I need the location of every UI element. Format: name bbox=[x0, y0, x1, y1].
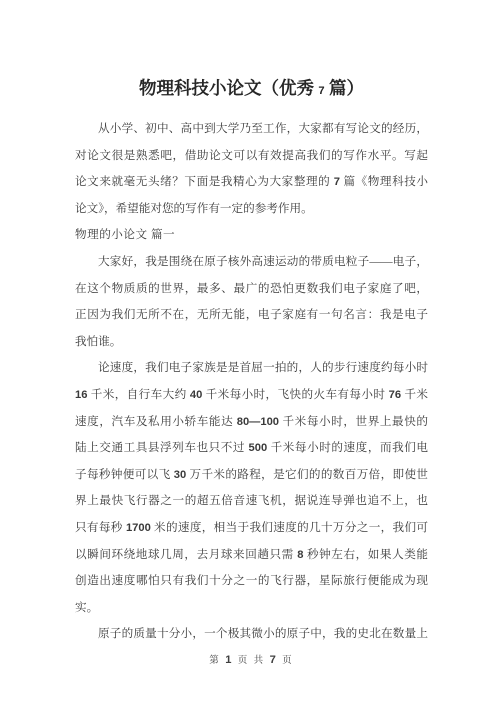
text-line: 陆上交通工具县浮列车也只不过 500 千米每小时的速度，而我们电 bbox=[75, 435, 428, 462]
document-title: 物理科技小论文（优秀 7 篇） bbox=[75, 74, 428, 105]
number-text: 40 bbox=[190, 389, 202, 401]
text-line: 速度，汽车及私用小轿车能达 80—100 千米每小时，世界上最快的 bbox=[75, 409, 428, 436]
text-line: 论文》，希望能对您的写作有一定的参考作用。 bbox=[75, 196, 428, 223]
text-line: 界上最快飞行器之一的超五倍音速飞机，据说连导弹也追不上，也 bbox=[75, 488, 428, 515]
text-line: 我怕谁。 bbox=[75, 329, 428, 356]
number-text: 1 bbox=[225, 654, 233, 666]
text-line: 物理的小论文 篇一 bbox=[75, 222, 428, 249]
paragraph: 原子的质量十分小，一个极其微小的原子中，我的史北在数量上 bbox=[75, 621, 428, 648]
text-line: 子每秒钟便可以飞 30 万千米的路程，是它们的的数百万倍，即使世 bbox=[75, 462, 428, 489]
text-line: 对论文很是熟悉吧，借助论文可以有效提高我们的写作水平。写起 bbox=[75, 143, 428, 170]
text-line: 16 千米，自行车大约 40 千米每小时，飞快的火车有每小时 76 千米 bbox=[75, 382, 428, 409]
number-text: 7 bbox=[270, 654, 278, 666]
text-line: 论速度，我们电子家族是是首屈一拍的，人的步行速度约每小时 bbox=[75, 355, 428, 382]
number-text: 16 bbox=[75, 389, 87, 401]
paragraph: 大家好，我是围绕在原子核外高速运动的带质电粒子——电子，在这个物质质的世界，最多… bbox=[75, 249, 428, 355]
number-text: 500 bbox=[249, 442, 268, 454]
section-heading: 物理的小论文 篇一 bbox=[75, 222, 428, 249]
body-text: 从小学、初中、高中到大学乃至工作，大家都有写论文的经历，对论文很是熟悉吧，借助论… bbox=[75, 116, 428, 648]
paragraph: 论速度，我们电子家族是是首屈一拍的，人的步行速度约每小时16 千米，自行车大约 … bbox=[75, 355, 428, 621]
number-text: 7 bbox=[318, 85, 324, 97]
paragraph: 从小学、初中、高中到大学乃至工作，大家都有写论文的经历，对论文很是熟悉吧，借助论… bbox=[75, 116, 428, 222]
text-line: 创造出速度哪怕只有我们十分之一的飞行器，星际旅行便能成为现 bbox=[75, 568, 428, 595]
number-text: 76 bbox=[389, 389, 401, 401]
number-text: 7 bbox=[334, 176, 340, 188]
text-line: 原子的质量十分小，一个极其微小的原子中，我的史北在数量上 bbox=[75, 621, 428, 648]
text-line: 论文来就毫无头绪？下面是我精心为大家整理的 7 篇《物理科技小 bbox=[75, 169, 428, 196]
number-text: 80—100 bbox=[237, 416, 279, 428]
document-page: 物理科技小论文（优秀 7 篇） 从小学、初中、高中到大学乃至工作，大家都有写论文… bbox=[0, 0, 500, 707]
text-line: 正因为我们无所不在，无所无能，电子家庭有一句名言：我是电子 bbox=[75, 302, 428, 329]
text-line: 以瞬间环绕地球几周，去月球来回趟只需 8 秒钟左右，如果人类能 bbox=[75, 542, 428, 569]
text-line: 实。 bbox=[75, 595, 428, 622]
text-line: 大家好，我是围绕在原子核外高速运动的带质电粒子——电子， bbox=[75, 249, 428, 276]
page-footer: 第 1 页 共 7 页 bbox=[75, 652, 428, 666]
text-line: 从小学、初中、高中到大学乃至工作，大家都有写论文的经历， bbox=[75, 116, 428, 143]
number-text: 30 bbox=[174, 469, 186, 481]
text-line: 只有每秒 1700 米的速度，相当于我们速度的几十万分之一，我们可 bbox=[75, 515, 428, 542]
number-text: 1700 bbox=[126, 522, 151, 534]
text-line: 在这个物质质的世界，最多、最广的恐怕更数我们电子家庭了吧， bbox=[75, 276, 428, 303]
number-text: 8 bbox=[297, 549, 303, 561]
